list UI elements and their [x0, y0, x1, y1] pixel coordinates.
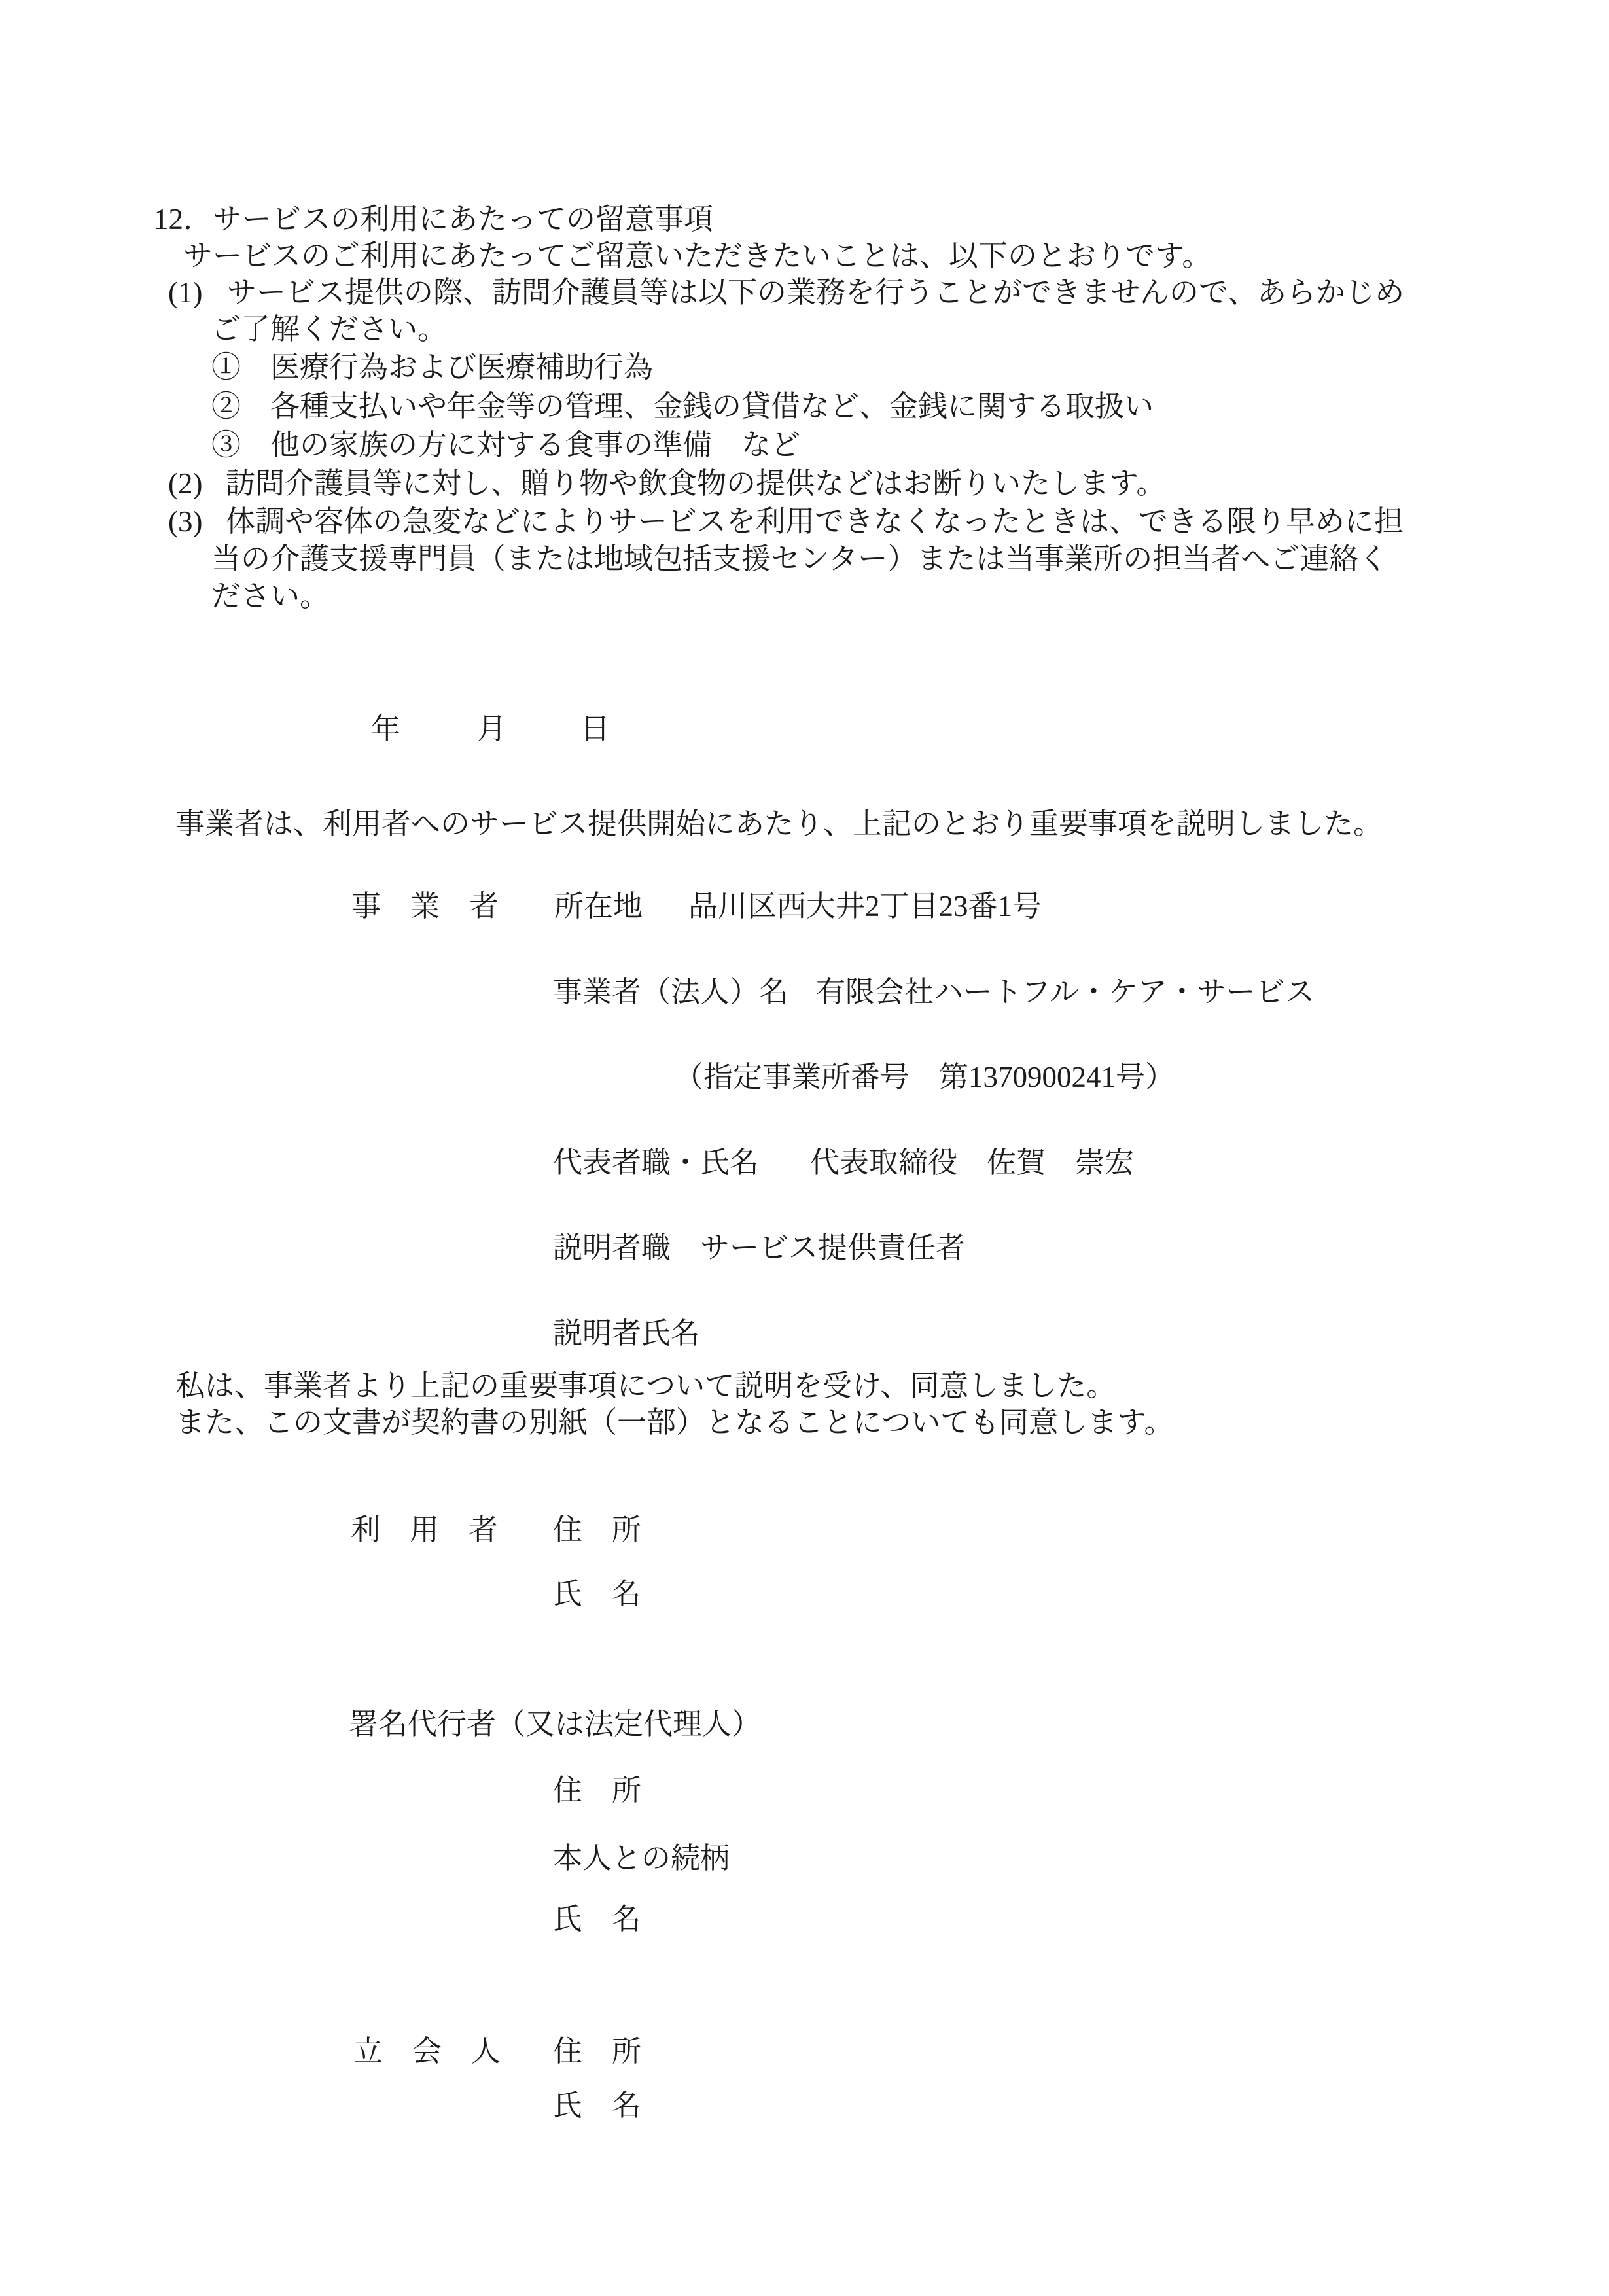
section-heading: サービスの利用にあたっての留意事項	[213, 200, 713, 238]
item2-text-line1: 訪問介護員等に対し、贈り物や飲食物の提供などはお断りいたします。	[226, 465, 1165, 503]
user-address-label: 住 所	[553, 1511, 641, 1549]
witness-label: 立 会 人	[353, 2032, 501, 2070]
consent-line-2: また、この文書が契約書の別紙（一部）となることについても同意します。	[175, 1404, 1174, 1441]
item1-marker: (1)	[168, 274, 202, 311]
item3-text-line2: 当の介護支援専門員（または地域包括支援センター）または当事業所の担当者へご連絡く	[211, 540, 1388, 578]
document-page: 12． サービスの利用にあたっての留意事項 サービスのご利用にあたってご留意いた…	[0, 0, 1609, 2296]
provider-address-label: 所在地	[554, 887, 643, 925]
provider-label: 事 業 者	[351, 887, 499, 925]
item1-text-line2: ご了解ください。	[211, 310, 447, 348]
item1-subitem-2: ② 各種支払いや年金等の管理、金銭の貸借など、金銭に関する取扱い	[211, 387, 1154, 425]
item2-marker: (2)	[168, 465, 202, 503]
proxy-relation-label: 本人との続柄	[553, 1839, 730, 1877]
proxy-address-label: 住 所	[553, 1771, 641, 1809]
item3-marker: (3)	[168, 503, 202, 540]
item1-subitem-1: ① 医療行為および医療補助行為	[211, 348, 653, 386]
user-name-label: 氏 名	[553, 1575, 641, 1613]
item3-text-line1: 体調や容体の急変などによりサービスを利用できなくなったときは、できる限り早めに担	[226, 503, 1404, 540]
item1-text-line1: サービス提供の際、訪問介護員等は以下の業務を行うことができませんので、あらかじめ	[227, 274, 1404, 311]
provider-corp-label: 事業者（法人）名	[553, 973, 788, 1011]
section-intro: サービスのご利用にあたってご留意いただきたいことは、以下のとおりです。	[183, 237, 1211, 275]
consent-line-1: 私は、事業者より上記の重要事項について説明を受け、同意しました。	[175, 1367, 1116, 1405]
proxy-name-label: 氏 名	[553, 1900, 641, 1938]
declaration-text: 事業者は、利用者へのサービス提供開始にあたり、上記のとおり重要事項を説明しました…	[175, 805, 1383, 843]
provider-explainer-name-label: 説明者氏名	[553, 1315, 700, 1352]
provider-rep-value: 代表取締役 佐賀 崇宏	[810, 1144, 1134, 1182]
date-year-label: 年	[371, 710, 400, 748]
witness-address-label: 住 所	[553, 2032, 641, 2070]
provider-explainer-title: 説明者職 サービス提供責任者	[553, 1229, 965, 1267]
proxy-title: 署名代行者（又は法定代理人）	[349, 1705, 761, 1743]
user-label: 利 用 者	[351, 1511, 498, 1549]
provider-corp-value: 有限会社ハートフル・ケア・サービス	[816, 973, 1315, 1011]
item1-subitem-3: ③ 他の家族の方に対する食事の準備 など	[211, 426, 800, 464]
witness-name-label: 氏 名	[553, 2087, 641, 2125]
provider-address-value: 品川区西大井2丁目23番1号	[688, 887, 1042, 925]
provider-rep-label: 代表者職・氏名	[553, 1144, 759, 1182]
section-number: 12．	[154, 200, 213, 238]
provider-license-number: （指定事業所番号 第1370900241号）	[674, 1058, 1175, 1096]
date-month-label: 月	[477, 710, 506, 748]
item3-text-line3: ださい。	[211, 577, 329, 615]
date-day-label: 日	[580, 710, 610, 748]
